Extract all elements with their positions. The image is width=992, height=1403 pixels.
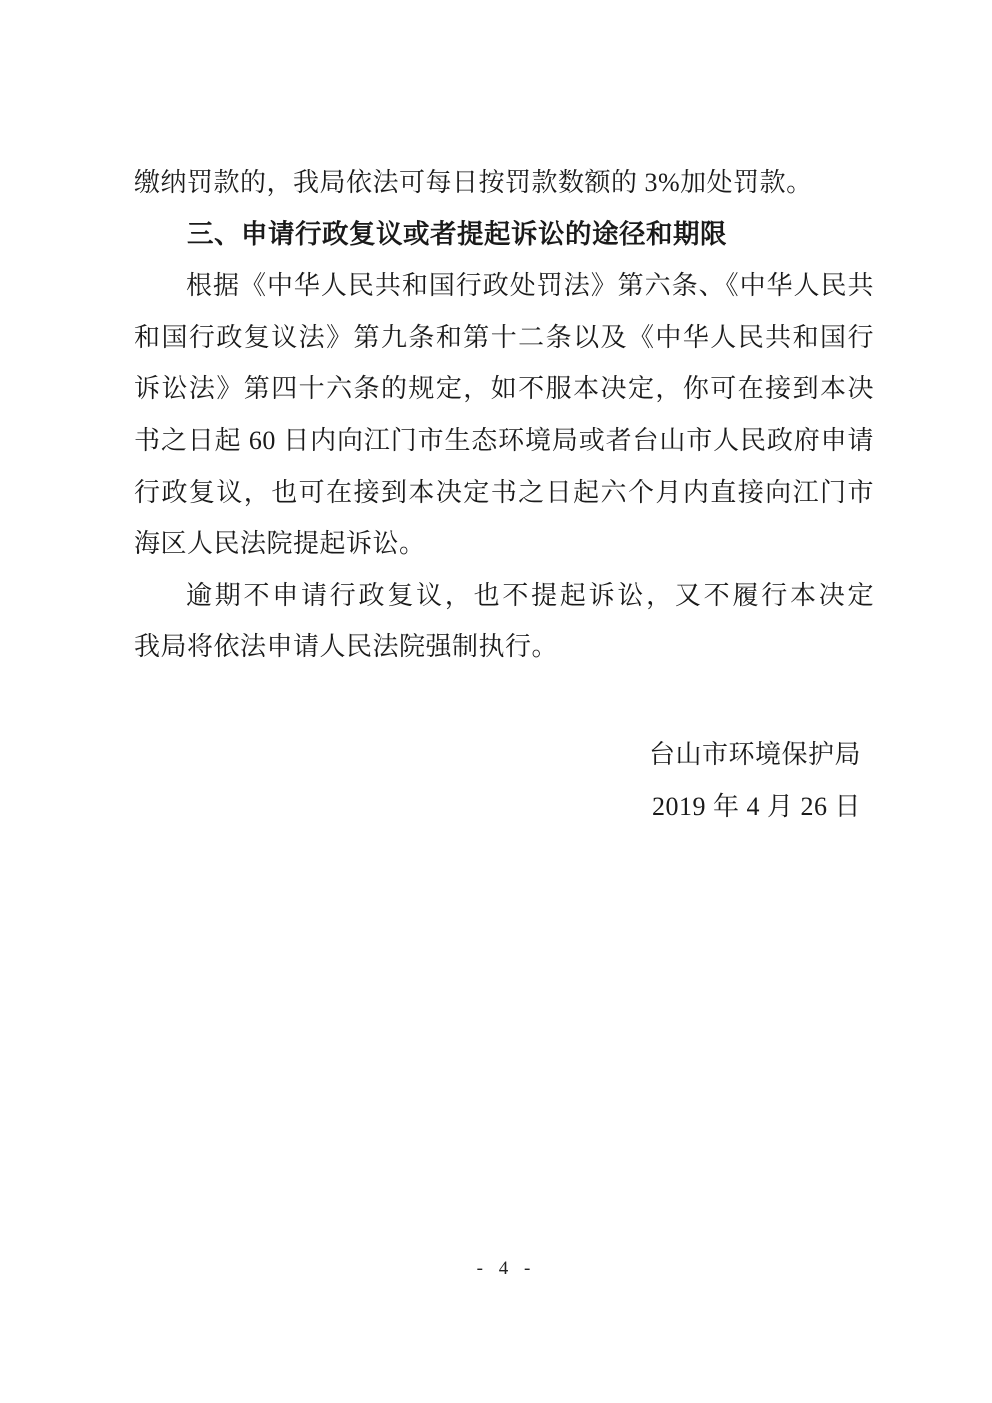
page-number: - 4 - xyxy=(477,1258,532,1279)
body-line: 诉讼法》第四十六条的规定，如不服本决定，你可在接到本决定 xyxy=(134,363,874,415)
body-line: 逾期不申请行政复议，也不提起诉讼，又不履行本决定的， xyxy=(134,570,874,622)
body-line: 书之日起 60 日内向江门市生态环境局或者台山市人民政府申请 xyxy=(134,415,874,467)
page-footer: - 4 - xyxy=(134,1256,874,1282)
signature-date: 2019 年 4 月 26 日 xyxy=(134,781,861,833)
body-line: 缴纳罚款的，我局依法可每日按罚款数额的 3%加处罚款。 xyxy=(134,157,874,209)
body-line: 我局将依法申请人民法院强制执行。 xyxy=(134,621,874,673)
document-body: 缴纳罚款的，我局依法可每日按罚款数额的 3%加处罚款。 三、申请行政复议或者提起… xyxy=(134,157,874,673)
section-heading: 三、申请行政复议或者提起诉讼的途径和期限 xyxy=(134,209,874,261)
document-page: 缴纳罚款的，我局依法可每日按罚款数额的 3%加处罚款。 三、申请行政复议或者提起… xyxy=(0,0,992,1403)
body-line: 海区人民法院提起诉讼。 xyxy=(134,518,874,570)
body-line: 行政复议，也可在接到本决定书之日起六个月内直接向江门市江 xyxy=(134,467,874,519)
signature-agency: 台山市环境保护局 xyxy=(134,729,861,781)
body-line: 根据《中华人民共和国行政处罚法》第六条、《中华人民共 xyxy=(134,260,874,312)
body-line: 和国行政复议法》第九条和第十二条以及《中华人民共和国行政 xyxy=(134,312,874,364)
signature-block: 台山市环境保护局 2019 年 4 月 26 日 xyxy=(134,729,874,832)
